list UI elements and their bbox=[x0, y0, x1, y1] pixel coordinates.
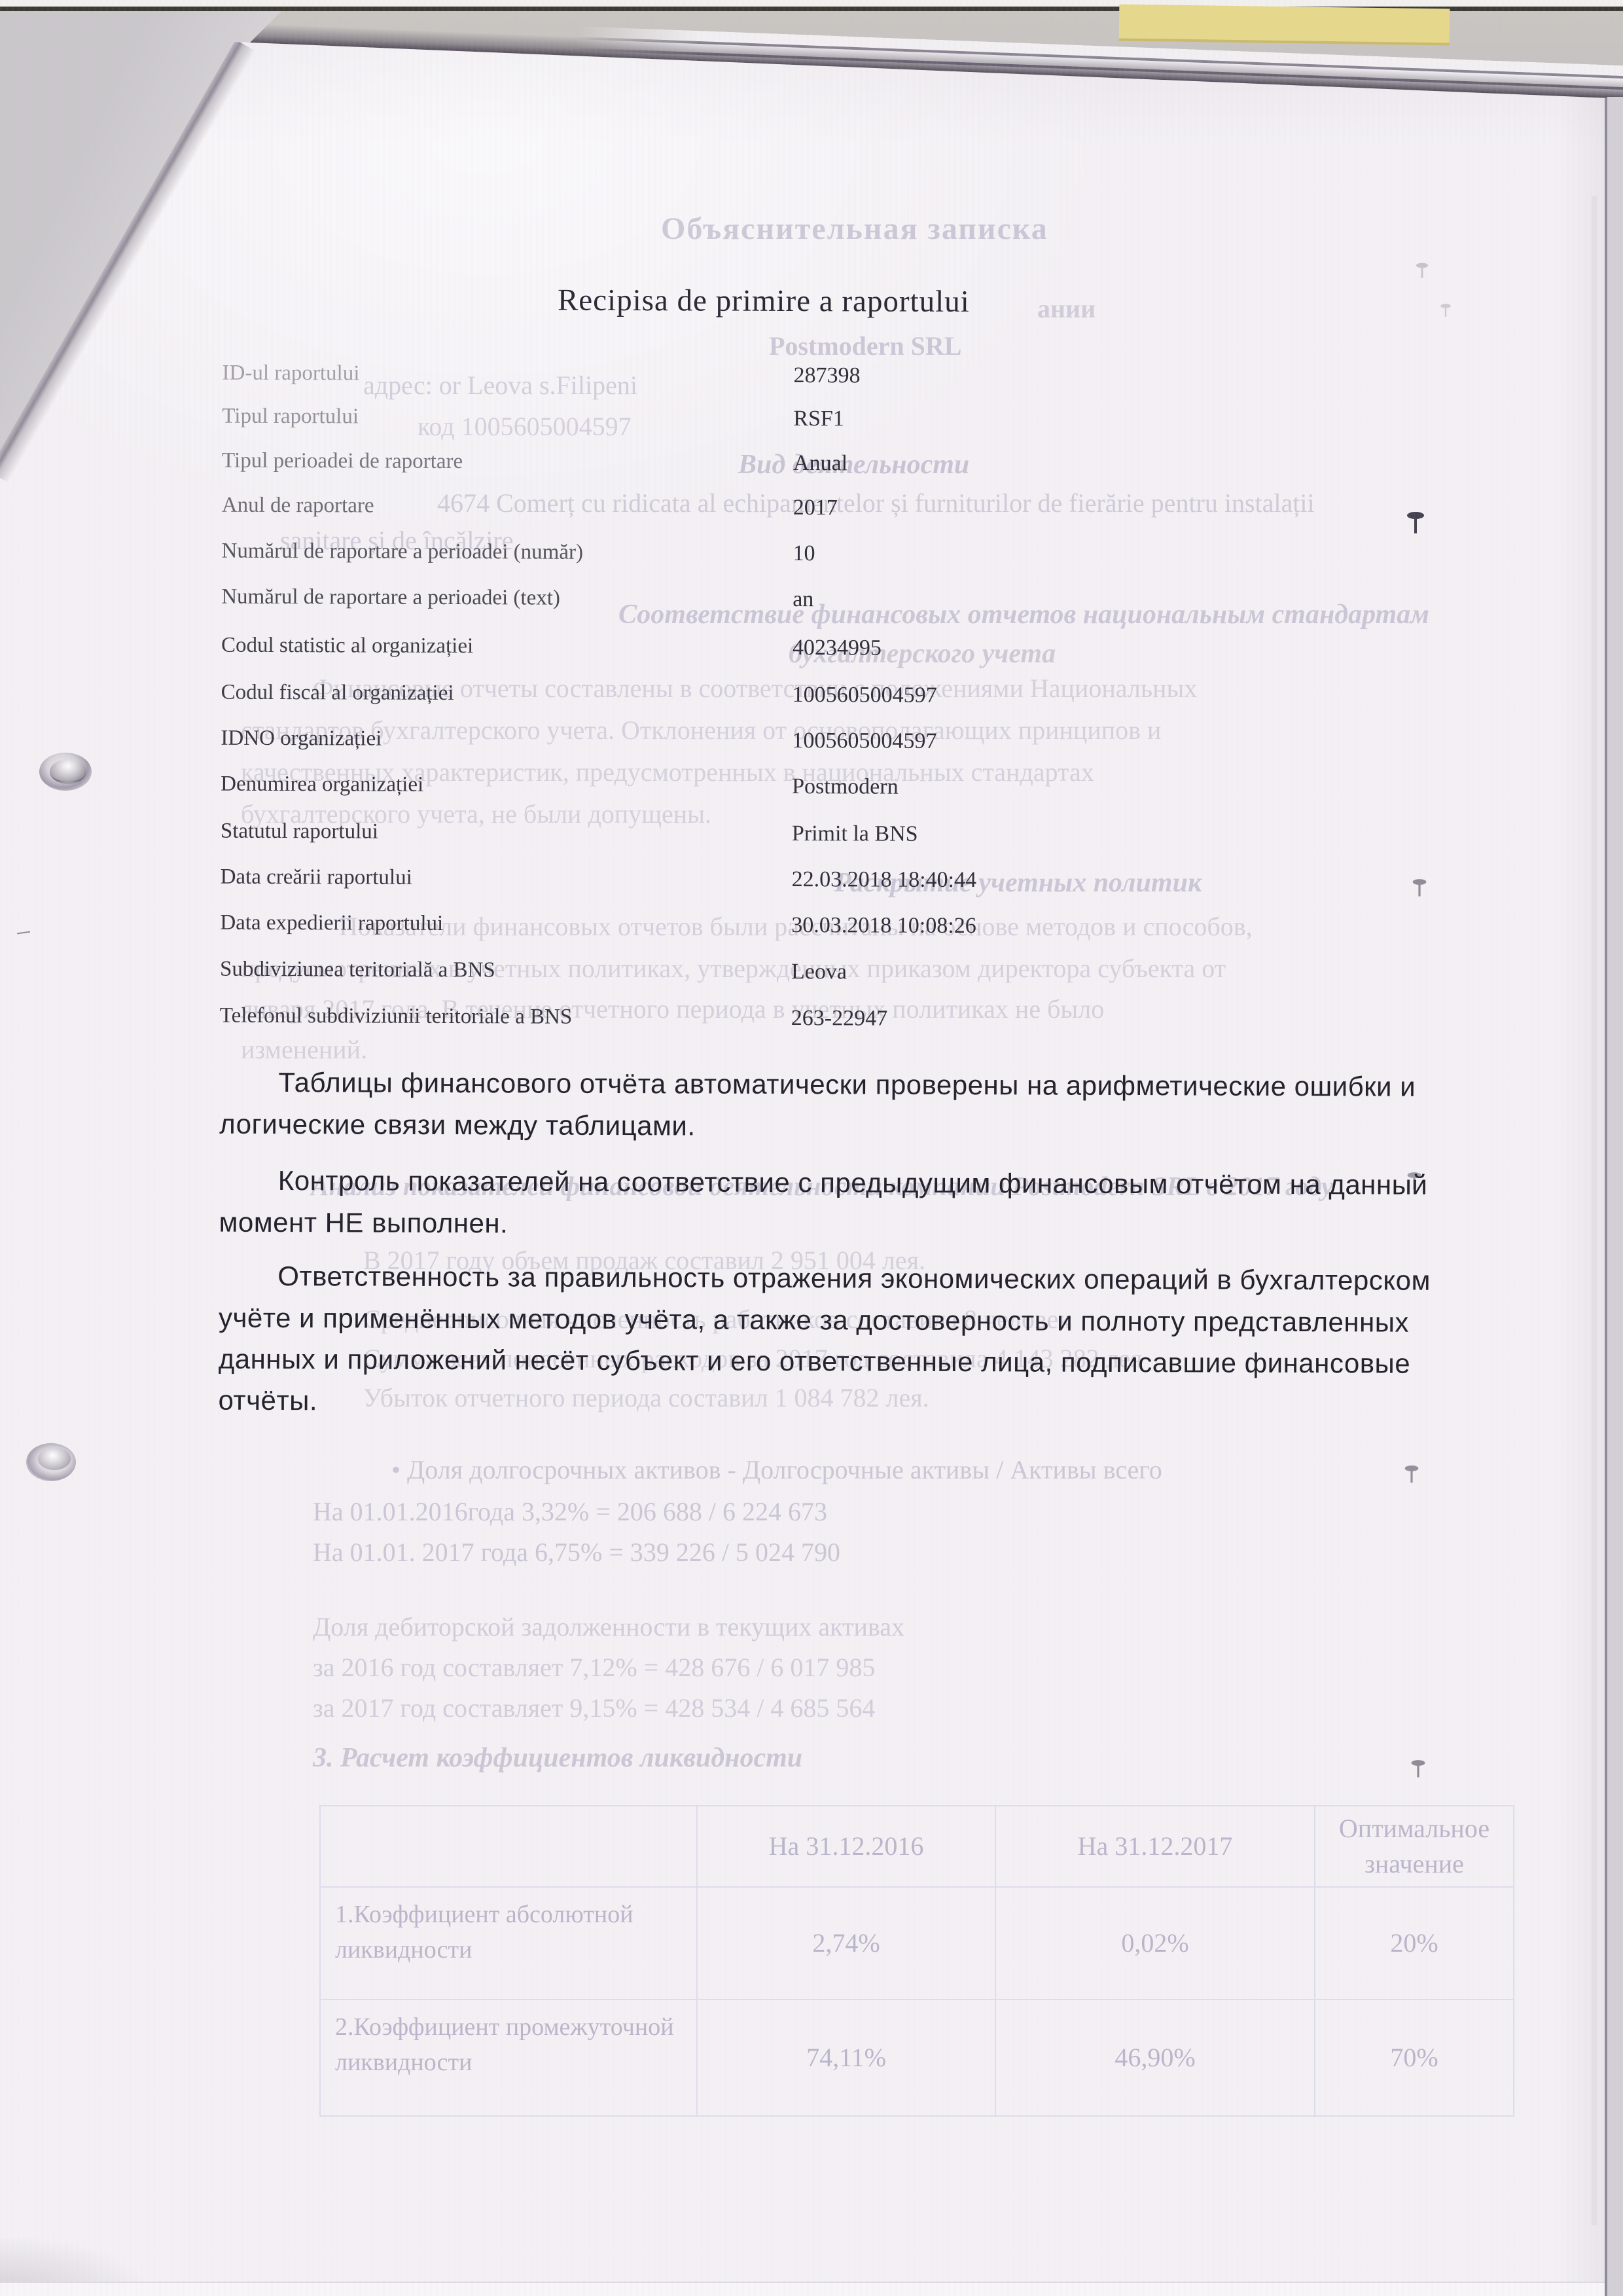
page-title: Recipisa de primire a raportului bbox=[558, 283, 970, 319]
field-label: Codul statistic al organizației bbox=[221, 634, 473, 658]
field-label: Numărul de raportare a perioadei (număr) bbox=[221, 539, 583, 565]
scanned-receipt-page: Объяснительная записка ании Postmodern S… bbox=[0, 0, 1623, 2296]
field-label: Subdiviziunea teritorială a BNS bbox=[220, 958, 495, 983]
field-label: ID-ul raportului bbox=[223, 361, 360, 386]
scan-top-white-strip bbox=[0, 0, 1623, 7]
ink-mark-artifact bbox=[1412, 1760, 1425, 1766]
field-label: Anul de raportare bbox=[222, 493, 374, 518]
field-value: 263-22947 bbox=[791, 1006, 887, 1031]
bottom-sheet-band bbox=[0, 2283, 1623, 2296]
field-value: Primit la BNS bbox=[792, 821, 918, 847]
field-value: 10 bbox=[793, 541, 815, 566]
field-value: 22.03.2018 18:40:44 bbox=[792, 867, 977, 893]
field-value: Anual bbox=[793, 451, 847, 476]
field-value: an bbox=[793, 587, 813, 612]
field-label: IDNO organizației bbox=[221, 726, 382, 751]
field-value: 30.03.2018 10:08:26 bbox=[791, 913, 976, 939]
ink-mark-artifact bbox=[1416, 263, 1428, 268]
ink-mark-artifact bbox=[1405, 1465, 1419, 1471]
field-label: Telefonul subdiviziunii teritoriale a BN… bbox=[220, 1004, 573, 1030]
field-value: 287398 bbox=[793, 363, 860, 388]
field-label: Statutul raportului bbox=[221, 819, 378, 844]
ink-mark-artifact bbox=[1408, 1172, 1421, 1178]
binder-fastener-highlight bbox=[50, 759, 86, 784]
paragraph-line: момент НЕ выполнен. bbox=[219, 1207, 508, 1240]
field-label: Denumirea organizației bbox=[221, 772, 423, 797]
field-value: Leova bbox=[791, 960, 847, 984]
field-value: Postmodern bbox=[792, 774, 899, 800]
field-value: 2017 bbox=[793, 495, 838, 520]
paper-sheet: Объяснительная записка ании Postmodern S… bbox=[0, 0, 1623, 2296]
scanner-right-strip bbox=[1607, 97, 1623, 2296]
field-label: Tipul raportului bbox=[222, 404, 359, 429]
field-label: Numărul de raportare a perioadei (text) bbox=[221, 585, 560, 611]
ink-mark-artifact bbox=[1407, 512, 1424, 519]
field-label: Data expedierii raportului bbox=[220, 911, 443, 936]
paragraph-line: отчёты. bbox=[218, 1385, 317, 1417]
paragraph-line: Таблицы финансового отчёта автоматически… bbox=[278, 1067, 1416, 1103]
field-value: 1005605004597 bbox=[793, 683, 937, 708]
sticky-note-edge bbox=[1119, 4, 1450, 45]
paragraph-line: данных и приложений несёт субъект и его … bbox=[219, 1344, 1410, 1380]
field-label: Tipul perioadei de raportare bbox=[222, 449, 463, 474]
ink-mark-artifact bbox=[1413, 879, 1427, 885]
field-label: Codul fiscal al organizației bbox=[221, 681, 454, 706]
printed-content: Recipisa de primire a raportului ID-ul r… bbox=[0, 0, 1623, 2296]
binder-fastener-highlight bbox=[38, 1448, 71, 1470]
paragraph-line: логические связи между таблицами. bbox=[219, 1109, 696, 1142]
field-value: RSF1 bbox=[793, 406, 844, 431]
paragraph-line: учёте и применённых методов учёта, а так… bbox=[219, 1302, 1409, 1338]
paragraph-line: Ответственность за правильность отражени… bbox=[277, 1261, 1431, 1297]
page-right-edge bbox=[1605, 98, 1607, 2296]
paragraph-line: Контроль показателей на соответствие с п… bbox=[278, 1165, 1428, 1201]
field-label: Data creării raportului bbox=[221, 865, 412, 890]
ink-mark-artifact bbox=[1440, 304, 1451, 308]
field-value: 1005605004597 bbox=[792, 728, 936, 754]
field-value: 40234995 bbox=[793, 636, 882, 661]
